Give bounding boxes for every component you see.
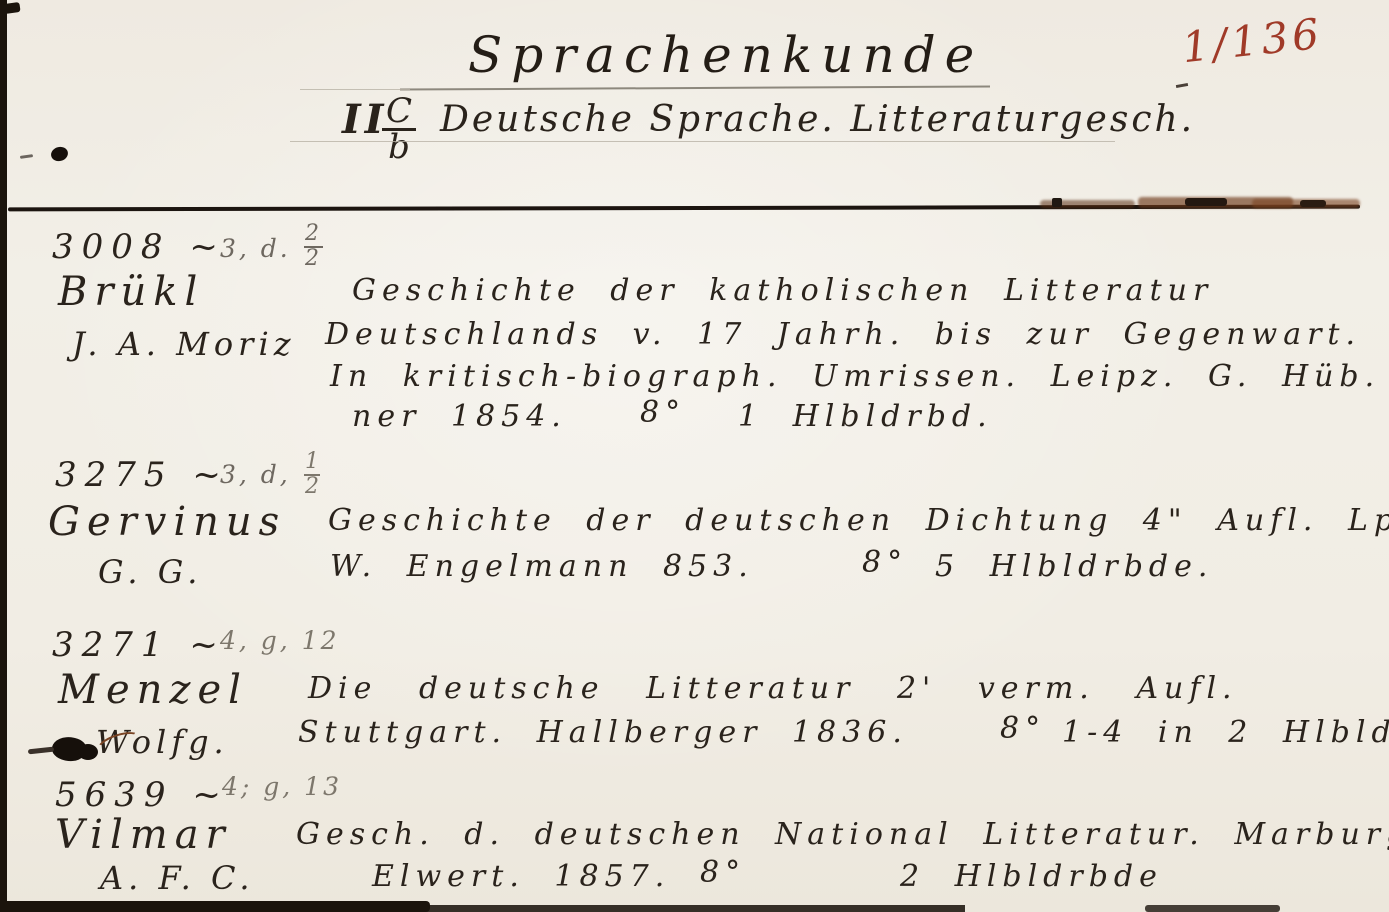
fraction-numerator: 2 (305, 224, 322, 245)
entry-1-line-2: Deutschlands v. 17 Jahrh. bis zur Gegenw… (325, 320, 1361, 350)
card-subtitle: Deutsche Sprache. Litteraturgesch. (440, 102, 1195, 138)
entry-2-line-1: Geschichte der deutschen Dichtung 4" Auf… (328, 506, 1389, 536)
entry-1-line-4c: 1 Hlbldrbd. (738, 402, 993, 432)
section-class-fraction: C b (386, 96, 412, 162)
entry-4-author-surname: Vilmar (55, 815, 232, 855)
catalogue-card: 1/136 Sprachenkunde II C b Deutsche Spra… (0, 0, 1389, 912)
entry-2-fraction: 1 2 (305, 452, 319, 498)
scan-edge-left (0, 0, 7, 912)
section-letter-bottom: b (388, 132, 410, 163)
entry-1-fraction: 2 2 (305, 224, 322, 270)
stamp-dash-mark (1176, 83, 1188, 88)
entry-1-line-4a: ner 1854. (352, 402, 567, 432)
entry-4-line-2b: 8° (700, 858, 746, 888)
entry-4-class-mark: 4; g, 13 (222, 774, 342, 799)
ink-blot-large-lobe (78, 744, 98, 760)
entry-2-line-2a: W. Engelmann 853. (330, 552, 754, 582)
entry-2-line-2b: 8° (862, 548, 908, 578)
entry-1-line-1: Geschichte der katholischen Litteratur (352, 276, 1213, 306)
pencil-dash (20, 154, 33, 159)
title-underline (400, 85, 990, 90)
entry-1-author-forenames: J. A. Moriz (72, 328, 296, 360)
entry-3-line-2b: 8° (1000, 714, 1046, 744)
entry-1-line-4b: 8° (640, 398, 686, 428)
entry-3-line-2c: 1-4 in 2 Hlbldrbd. (1062, 718, 1389, 748)
ink-tick-1 (1052, 198, 1062, 207)
entry-3-author-surname: Menzel (58, 670, 248, 710)
entry-1-class-mark: 3, d. (220, 236, 291, 261)
section-letter-top: C (386, 96, 412, 127)
entry-4-line-1: Gesch. d. deutschen National Litteratur.… (296, 820, 1389, 850)
entry-1-shelfmark: 3008 ~ (52, 230, 226, 264)
scan-edge-bottom-left (0, 901, 430, 912)
fraction-denominator: 2 (305, 477, 319, 498)
section-numeral: II (342, 100, 387, 140)
entry-4-line-2c: 2 Hlbldrbde (900, 862, 1163, 892)
title-underline-extension (300, 89, 410, 90)
scan-corner-speck (3, 2, 20, 14)
card-title: Sprachenkunde (468, 30, 983, 80)
fraction-numerator: 1 (305, 452, 319, 473)
entry-2-author-surname: Gervinus (48, 502, 286, 542)
ink-blot-tail (28, 747, 54, 755)
entry-3-line-1: Die deutsche Litteratur 2' verm. Aufl. (308, 674, 1238, 704)
entry-4-shelfmark: 5639 ~ (55, 778, 229, 812)
entry-4-line-2a: Elwert. 1857. (372, 862, 670, 892)
scan-edge-bottom-right (1145, 905, 1280, 912)
entry-2-class-mark: 3, d, (220, 462, 291, 487)
entry-2-line-2c: 5 Hlbldrbde. (935, 552, 1213, 582)
subtitle-baseline-rule (290, 141, 1115, 142)
fraction-denominator: 2 (305, 249, 322, 270)
entry-3-line-2a: Stuttgart. Hallberger 1836. (298, 718, 908, 748)
scan-edge-bottom-mid (420, 905, 965, 912)
entry-1-line-3: In kritisch-biograph. Umrissen. Leipz. G… (330, 362, 1380, 392)
entry-1-author-surname: Brükl (58, 272, 204, 312)
entry-2-shelfmark: 3275 ~ (55, 458, 229, 492)
ink-tick-2 (1185, 198, 1227, 206)
ink-blot-small (49, 145, 69, 163)
page-number-stamp: 1/136 (1180, 13, 1325, 70)
entry-2-author-forenames: G. G. (98, 556, 202, 588)
entry-3-class-mark: 4, g, 12 (220, 628, 340, 653)
entry-3-shelfmark: 3271 ~ (52, 628, 226, 662)
entry-4-author-forenames: A. F. C. (100, 862, 255, 894)
ink-tick-3 (1300, 200, 1326, 207)
